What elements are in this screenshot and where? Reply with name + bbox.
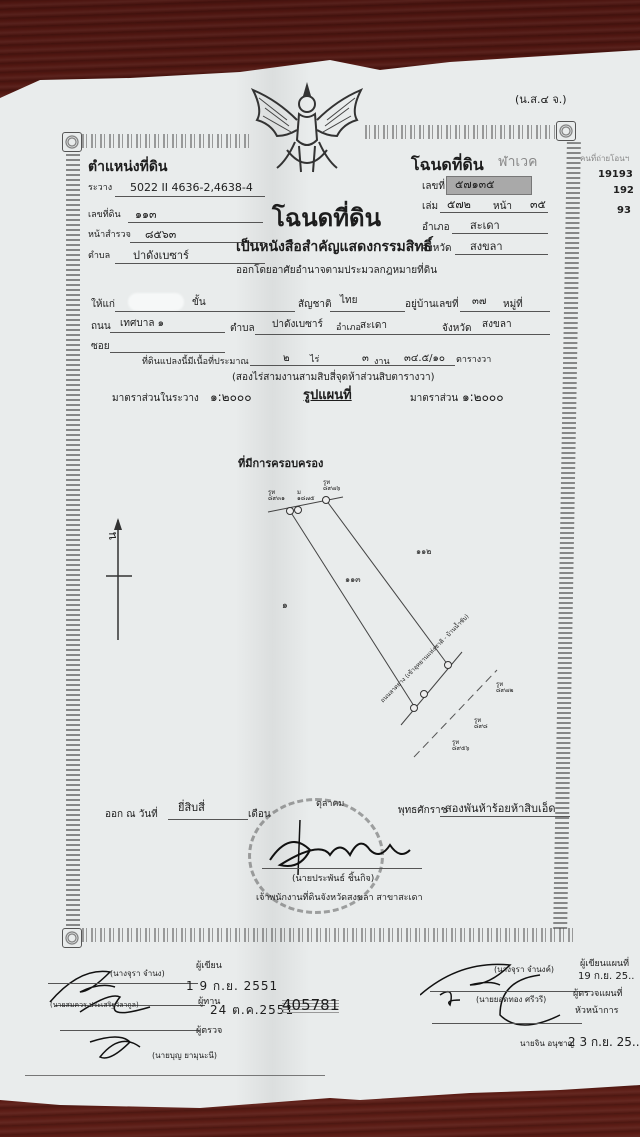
marker-label-6: รูท๘๙๕๖ (452, 740, 469, 752)
handwritten-mark: ฬาเวค (498, 155, 537, 169)
issued-at-label: ออก ณ วันที่ (105, 810, 158, 820)
owner-province-value: สงขลา (482, 320, 512, 330)
deed-heading: โฉนดที่ดิน (411, 157, 484, 173)
underline (168, 819, 248, 820)
deed-province-label: จังหวัด (422, 244, 451, 254)
owner-district-label: อำเภอ (336, 324, 361, 333)
underline (60, 1030, 200, 1031)
owner-province-label: จังหวัด (442, 324, 471, 334)
marker-num: ๘๙๗๖ (323, 485, 340, 492)
underline (455, 254, 548, 255)
underline (128, 222, 263, 223)
marker-label-3: รูท๘๙๗๖ (323, 480, 340, 492)
officer-signature (260, 820, 420, 880)
marker-num: ๘๙๗๒ (496, 687, 514, 694)
marker-label-1: รูท๘๙๓๑ (268, 490, 285, 502)
margin-header: คนที่ถ่ายโอนฯ (580, 155, 629, 163)
location-value-survey-sheet: 5022 II 4636-2,4638-4 (130, 182, 253, 193)
deed-province-value: สงขลา (470, 241, 503, 252)
deed-district-value: สะเดา (470, 220, 500, 231)
marker-label-4: รูท๘๙๗๒ (496, 682, 514, 694)
footer-right-date1: 19 ก.ย. 25.. (578, 972, 634, 982)
issued-by-text: ออกโดยอาศัยอำนาจตามประมวลกฎหมายที่ดิน (236, 266, 437, 276)
margin-number-3: 93 (617, 206, 631, 216)
border-corner-ornament-icon (62, 928, 82, 948)
footer-left-signer2: (นายสมควร ประเสริฐวิลากูล) (50, 1002, 139, 1009)
issued-day: ยี่สิบสี่ (178, 802, 205, 813)
owner-subdistrict-value: ปาดังเบซาร์ (272, 320, 323, 330)
area-intro: ที่ดินแปลงนี้มีเนื้อที่ประมาณ (142, 358, 249, 367)
road-value: เทศบาล ๑ (120, 319, 164, 329)
footer-right-signer2-role: ผู้ตรวจแผนที่ (573, 990, 622, 999)
marker-num: ๑๘๗๕ (297, 495, 315, 502)
margin-number-2: 192 (613, 186, 634, 196)
bottom-rule (25, 1075, 325, 1076)
deed-page-label: หน้า (493, 202, 512, 212)
redacted-owner-name (128, 293, 184, 311)
area-sqwa-label: ตารางวา (456, 356, 491, 365)
area-rai-label: ไร่ (310, 356, 319, 365)
house-no-label: อยู่บ้านเลขที่ (405, 300, 459, 310)
deed-volume-value: ๕๗๒ (447, 199, 471, 210)
footer-right-signer3-role: หัวหน้าการ (575, 1007, 618, 1016)
map-scale-label: มาตราส่วนในระวาง (112, 394, 199, 404)
document-subtitle: เป็นหนังสือสำคัญแสดงกรรมสิทธิ์ (236, 240, 432, 254)
nationality-label: สัญชาติ (298, 300, 332, 310)
deed-page-value: ๓๕ (530, 199, 546, 210)
map-caption: ที่มีการครอบครอง (238, 458, 323, 469)
map-scale-value: ๑:๒๐๐๐ (210, 391, 252, 403)
underline (330, 311, 405, 312)
location-value-subdistrict: ปาดังเบซาร์ (133, 250, 189, 261)
underline (115, 311, 295, 312)
underline (262, 868, 422, 869)
deed-district-label: อำเภอ (422, 223, 450, 233)
underline (110, 332, 225, 333)
officer-title: เจ้าพนักงานที่ดินจังหวัดสงขลา สาขาสะเดา (256, 894, 423, 903)
underline (430, 991, 590, 992)
garuda-emblem-icon (247, 80, 367, 180)
year-label: พุทธศักราช (398, 806, 447, 816)
footer-right-signer1-role: ผู้เขียนแผนที่ (580, 960, 629, 969)
owner-to-label: ให้แก่ (91, 300, 115, 310)
border-corner-ornament-icon (62, 132, 82, 152)
soi-label: ซอย (91, 342, 110, 352)
document-title: โฉนดที่ดิน (272, 206, 381, 230)
marker-label-2: ม๑๘๗๕ (297, 490, 315, 502)
underline (250, 365, 455, 366)
plan-title: รูปแผนที่ (303, 389, 352, 402)
underline (255, 334, 550, 335)
footer-left-signer1: (นางจุรา จำนง) (110, 970, 165, 978)
left-border (66, 154, 80, 926)
bottom-border (82, 928, 577, 942)
location-heading: ตำแหน่งที่ดิน (88, 160, 168, 174)
top-border-right (365, 125, 555, 139)
owner-subdistrict-label: ตำบล (230, 324, 255, 334)
area-sqwa-value: ๓๔.๕/๑๐ (404, 354, 445, 364)
underline (440, 816, 570, 817)
marker-num: ๘๙๕๖ (452, 745, 469, 752)
footer-right-date3: 2 3 ก.ย. 25.. (568, 1036, 640, 1048)
footer-left-signer3-role: ผู้ตรวจ (196, 1027, 222, 1036)
parcel-label: ๑๑๓ (345, 576, 361, 584)
footer-left-signer1-role: ผู้เขียน (196, 962, 222, 971)
form-code: (น.ส.๔ จ.) (515, 94, 567, 105)
location-label-survey-sheet: ระวาง (88, 184, 112, 193)
border-corner-ornament-icon (556, 121, 576, 141)
deed-volume-label: เล่ม (422, 202, 438, 212)
underline (48, 983, 198, 984)
north-label: น (106, 532, 118, 540)
top-border-left (82, 134, 250, 148)
underline (432, 1023, 582, 1024)
location-value-land-no: ๑๑๓ (135, 209, 156, 220)
nationality-value: ไทย (340, 296, 357, 306)
west-mark: ๑ (282, 602, 288, 611)
owner-name-suffix: ขั้น (192, 298, 206, 308)
area-in-words: (สองไร่สามงานสามสิบสี่จุดห้าส่วนสิบตาราง… (232, 373, 434, 383)
footer-right-signer1: (นางจุรา จำนงค์) (494, 966, 554, 974)
deed-number-label: เลขที่ (422, 182, 445, 192)
location-label-subdistrict: ตำบล (88, 252, 110, 261)
officer-name: (นายประพันธ์ ชิ้นกิจ) (292, 875, 374, 884)
footer-left-date1: 1 9 ก.ย. 2551 (186, 980, 278, 992)
marker-label-5: รูท๘๙๘ (474, 718, 488, 730)
underline (440, 212, 548, 213)
road-label: ถนน (91, 322, 111, 332)
serial-number: 405781 (282, 998, 339, 1013)
area-ngan-value: ๓ (362, 354, 369, 364)
plan-scale-label: มาตราส่วน (410, 394, 458, 404)
underline (110, 352, 225, 353)
location-label-land-no: เลขที่ดิน (88, 211, 121, 220)
right-border (553, 142, 581, 932)
marker-num: ๘๙๘ (474, 723, 488, 730)
parcel-map (100, 470, 540, 790)
footer-right-signer2: (นายยอดทอง ศรีวรี) (476, 996, 546, 1004)
owner-district-value: สะเดา (360, 321, 387, 331)
area-rai-value: ๒ (283, 354, 290, 364)
underline (115, 263, 265, 264)
issued-year: สองพันห้าร้อยห้าสิบเอ็ด (445, 803, 555, 814)
location-label-survey-page: หน้าสำรวจ (88, 231, 131, 240)
deed-paper: (น.ส.๔ จ.) ตำแหน่งที่ดิน ระวาง 5022 II 4… (0, 0, 640, 1137)
footer-right-signer3: นายจิน อนุชาญ (520, 1040, 574, 1048)
location-value-survey-page: ๘๕๖๓ (145, 229, 176, 240)
footer-left-signer3: (นายบุญ ยามุนะนี) (152, 1052, 217, 1060)
plan-scale-value: ๑:๒๐๐๐ (462, 391, 504, 403)
underline (452, 233, 548, 234)
margin-number-1: 19193 (598, 170, 633, 180)
underline (115, 196, 265, 197)
deed-number-value: ๕๗๑๓๕ (455, 179, 494, 190)
underline (460, 311, 550, 312)
house-no-value: ๓๗ (472, 297, 486, 307)
moo-label: หมู่ที่ (503, 300, 523, 310)
marker-num: ๘๙๓๑ (268, 495, 285, 502)
adjacent-parcel-label: ๑๑๒ (416, 548, 431, 556)
